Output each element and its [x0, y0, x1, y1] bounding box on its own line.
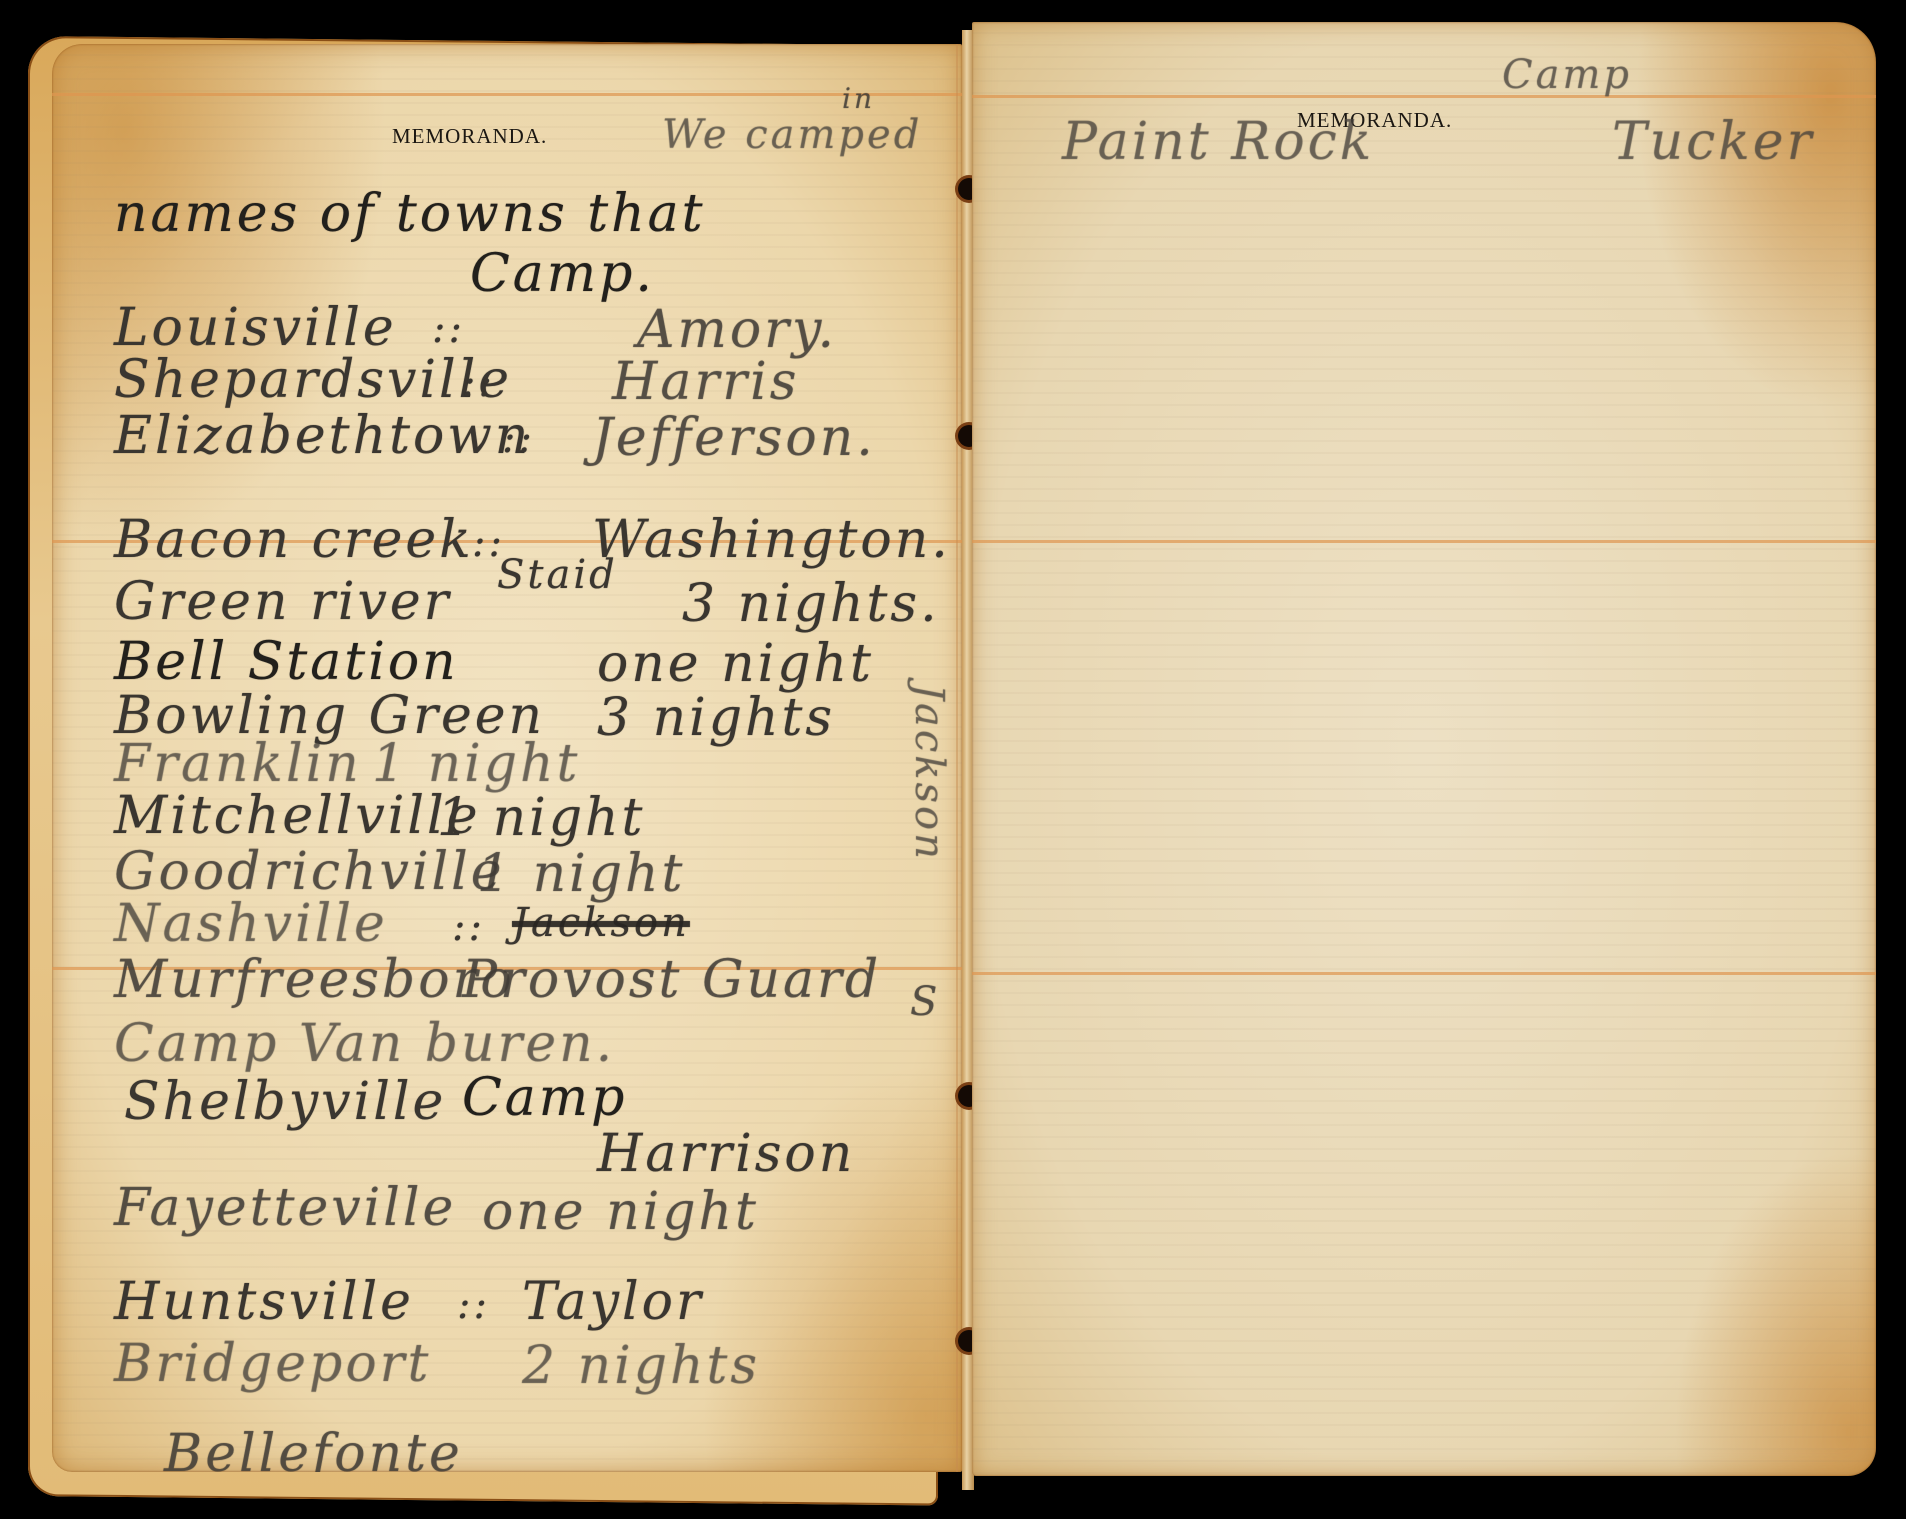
line-title: names of towns that — [114, 184, 706, 244]
stay-duration: one night — [597, 634, 874, 694]
insert-note: in — [842, 82, 875, 115]
handwritten-place: Paint Rock — [1062, 112, 1374, 172]
ruled-line — [972, 540, 1876, 543]
place-name: Bridgeport — [114, 1334, 431, 1394]
camp-name: Harris — [612, 352, 799, 412]
camp-name: Jefferson. — [592, 408, 876, 468]
place-name: Elizabethtown — [114, 406, 531, 466]
stay-duration: 1 night — [437, 788, 645, 848]
place-name: Bacon creek — [114, 510, 474, 570]
ruled-line — [52, 93, 962, 96]
stay-duration: 1 night — [477, 844, 685, 904]
place-name: Shepardsville — [114, 350, 512, 410]
camp-word: Camp — [462, 1068, 627, 1128]
place-name: Louisville — [114, 298, 397, 358]
ditto-mark: :: — [432, 306, 465, 352]
place-name: Mitchellville — [114, 786, 480, 846]
struck-camp-name: Jackson — [512, 900, 690, 946]
printed-header: MEMORANDA. — [392, 124, 547, 149]
ditto-mark: :: — [462, 360, 495, 406]
stay-duration: 3 nights — [597, 688, 835, 748]
ditto-mark: :: — [502, 416, 535, 462]
place-name: Fayetteville — [114, 1178, 456, 1238]
place-name: Shelbyville — [124, 1072, 446, 1132]
place-name: Huntsville — [114, 1272, 414, 1332]
left-page: MEMORANDA. in We camped names of towns t… — [52, 44, 962, 1472]
ruled-line — [972, 972, 1876, 975]
duty-note: Provost Guard — [462, 950, 881, 1010]
stay-duration: 3 nights. — [682, 574, 940, 634]
stay-duration: 2 nights — [522, 1336, 760, 1396]
place-name: Goodrichville — [114, 842, 505, 902]
handwritten-camp-name: Tucker — [1612, 112, 1814, 172]
stay-duration: 1 night — [372, 734, 580, 794]
ruled-line — [972, 95, 1876, 98]
line-camp: Camp. — [470, 244, 655, 304]
place-name: Franklin — [114, 734, 362, 794]
vertical-margin-note: Jackson — [906, 684, 952, 862]
header-note: We camped — [662, 112, 922, 158]
handwritten-camp-word: Camp — [1502, 52, 1632, 98]
place-name: Murfreesboro — [114, 950, 515, 1010]
right-page: MEMORANDA. Paint Rock Camp Tucker — [972, 22, 1876, 1476]
margin-mark: S — [910, 979, 940, 1025]
camp-name: Amory. — [637, 300, 837, 360]
camp-name: Taylor — [522, 1272, 704, 1332]
open-notebook: MEMORANDA. in We camped names of towns t… — [0, 0, 1906, 1519]
ditto-mark: :: — [452, 904, 485, 950]
stay-duration: one night — [482, 1182, 759, 1242]
camp-name: Washington. — [592, 510, 951, 570]
place-name: Green river — [114, 572, 451, 632]
insert-word: Staid — [497, 552, 618, 598]
place-name: Bellefonte — [164, 1424, 463, 1472]
page-edge-rule — [956, 44, 958, 1472]
place-name: Camp Van buren. — [114, 1014, 615, 1074]
ditto-mark: :: — [457, 1282, 490, 1328]
place-name: Nashville — [114, 894, 388, 954]
camp-name: Harrison — [597, 1124, 855, 1184]
paper-texture — [972, 22, 1876, 1476]
place-name: Bell Station — [114, 632, 459, 692]
